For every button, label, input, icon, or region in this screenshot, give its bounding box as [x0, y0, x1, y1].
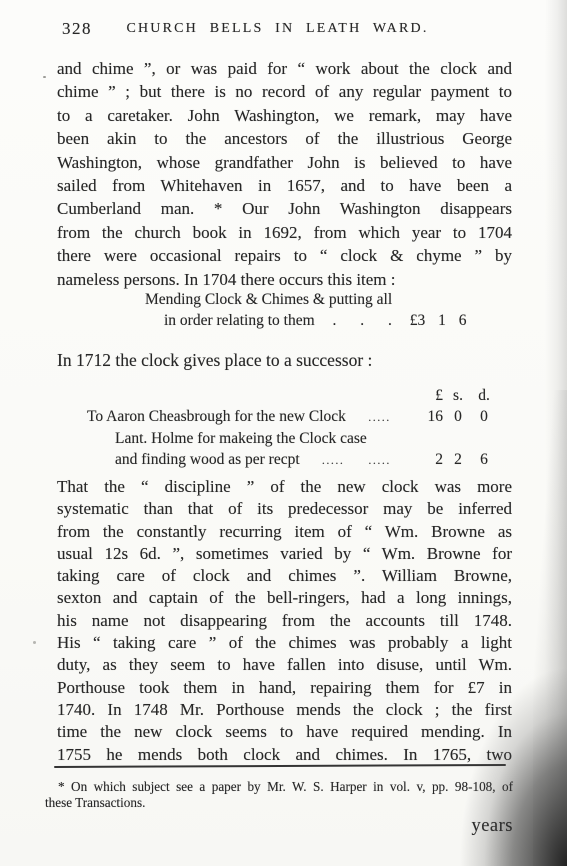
text-line: his name not disappearing from the accou… — [57, 610, 512, 632]
text-line: from the constantly recurring item of “ … — [57, 521, 512, 543]
text-line: taking care of clock and chimes ”. Willi… — [57, 565, 512, 587]
text-line: been akin to the ancestors of the illust… — [57, 127, 512, 150]
page-header: 328 CHURCH BELLS IN LEATH WARD. — [57, 19, 512, 37]
row-shillings: 0 — [445, 406, 471, 427]
paragraph-1: and chime ”, or was paid for “ work abou… — [57, 57, 512, 291]
account-entry-line1: Mending Clock & Chimes & putting all — [145, 290, 467, 311]
text-line: chime ” ; but there is no record of any … — [57, 80, 512, 103]
paragraph-2: That the “ discipline ” of the new clock… — [57, 476, 512, 766]
row-pounds: 2 — [413, 449, 445, 470]
dot-leader: ..... — [368, 450, 391, 471]
running-title: CHURCH BELLS IN LEATH WARD. — [57, 19, 512, 37]
row-description: Lant. Holme for makeing the Clock case — [70, 428, 367, 449]
text-line: to a caretaker. John Washington, we rema… — [57, 104, 512, 127]
text-line: Cumberland man. * Our John Washington di… — [57, 197, 512, 220]
row-description: To Aaron Cheasbrough for the new Clock — [70, 406, 346, 427]
page-corner-shadow — [457, 626, 567, 866]
column-header-shillings: s. — [445, 385, 471, 406]
dot-leader: ..... — [368, 407, 391, 428]
text-line: usual 12s 6d. ”, sometimes varied by “ W… — [57, 543, 512, 565]
account-table-header: £ s. d. — [70, 385, 497, 406]
table-row: and finding wood as per recpt ..... ....… — [70, 449, 497, 471]
row-shillings: 2 — [445, 449, 471, 470]
row-pence: 6 — [471, 449, 497, 470]
catchword: years — [57, 816, 513, 837]
text-line: His “ taking care ” of the chimes was pr… — [57, 632, 512, 654]
text-line: time the new clock seems to have require… — [57, 721, 512, 743]
text-line: nameless persons. In 1704 there occurs t… — [57, 268, 512, 291]
table-row: Lant. Holme for makeing the Clock case — [70, 428, 497, 449]
row-description: and finding wood as per recpt — [70, 449, 300, 470]
account-entry-line2-text: in order relating to them — [164, 312, 315, 329]
dot-leader: . . . — [333, 312, 402, 329]
text-line: Porthouse took them in hand, repairing t… — [57, 677, 512, 699]
text-line: sailed from Whitehaven in 1657, and to h… — [57, 174, 512, 197]
text-line: Washington, whose grandfather John is be… — [57, 151, 512, 174]
footnote: * On which subject see a paper by Mr. W.… — [45, 779, 513, 811]
account-entry-line2: in order relating to them . . . £3 1 6 — [145, 311, 467, 332]
text-line: 1755 he mends both clock and chimes. In … — [57, 744, 512, 766]
text-line: systematic than that of its predecessor … — [57, 498, 512, 520]
book-page: 328 CHURCH BELLS IN LEATH WARD. and chim… — [0, 0, 567, 866]
text-line: * On which subject see a paper by Mr. W.… — [45, 779, 513, 795]
scan-speck — [33, 641, 36, 644]
text-line: these Transactions. — [45, 795, 513, 811]
page-number: 328 — [62, 19, 92, 39]
text-line: duty, as they seem to have fallen into d… — [57, 654, 512, 676]
text-line: from the church book in 1692, from which… — [57, 221, 512, 244]
intro-1712: In 1712 the clock gives place to a succe… — [57, 350, 512, 371]
row-pence: 0 — [471, 406, 497, 427]
scan-speck — [43, 76, 46, 78]
text-line: That the “ discipline ” of the new clock… — [57, 476, 512, 498]
column-header-pounds: £ — [413, 385, 445, 406]
account-entry-amount: £3 1 6 — [410, 312, 467, 329]
table-row: To Aaron Cheasbrough for the new Clock .… — [70, 406, 497, 428]
dot-leader: ..... — [322, 450, 345, 471]
text-line: and chime ”, or was paid for “ work abou… — [57, 57, 512, 80]
account-table: £ s. d. To Aaron Cheasbrough for the new… — [70, 385, 497, 471]
account-entry-1704: Mending Clock & Chimes & putting all in … — [145, 290, 467, 331]
text-line: 1740. In 1748 Mr. Porthouse mends the cl… — [57, 699, 512, 721]
row-pounds: 16 — [413, 406, 445, 427]
column-header-pence: d. — [471, 385, 497, 406]
text-line: sexton and captain of the bell-ringers, … — [57, 587, 512, 609]
text-line: there were occasional repairs to “ clock… — [57, 244, 512, 267]
